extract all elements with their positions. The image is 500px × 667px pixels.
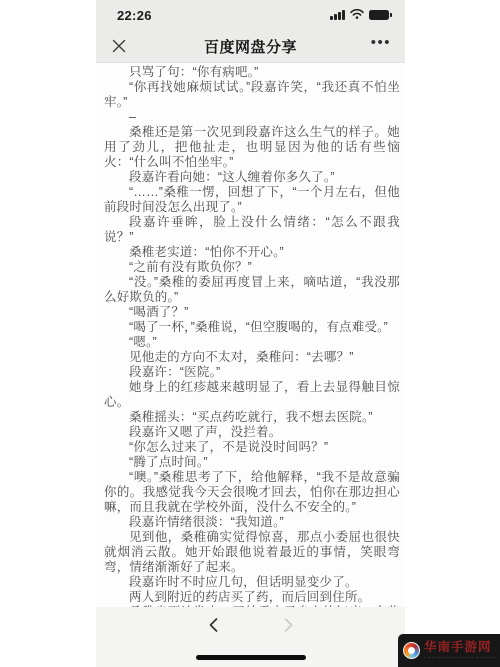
- cellular-signal-icon: [330, 10, 345, 20]
- paragraph: “你再找她麻烦试试。”段嘉许笑，“我还真不怕坐牢。”: [104, 80, 400, 110]
- paragraph: 桑稚还是第一次见到段嘉许这么生气的样子。她用了劲儿，把他扯走，也明显因为他的话有…: [104, 125, 400, 170]
- paragraph: 桑稚老实道：“怕你不开心。”: [104, 245, 400, 260]
- site-url-text: ·····························: [424, 656, 497, 660]
- paragraph: 段嘉许又嗯了声，没拦着。: [104, 425, 400, 440]
- paragraph: 段嘉许看向她：“这人缠着你多久了。”: [104, 170, 400, 185]
- site-name: 华南手游网: [424, 641, 497, 654]
- paragraph: 两人到附近的药店买了药，而后回到住所。: [104, 590, 400, 605]
- watermark-text: 华南手游网 ·····························: [424, 641, 497, 660]
- paragraph: “喝了一杯，”桑稚说，“但空腹喝的，有点难受。”: [104, 320, 400, 335]
- site-logo-icon: [403, 642, 420, 659]
- paragraph: 段嘉许：“医院。”: [104, 365, 400, 380]
- wifi-icon: [350, 6, 364, 24]
- document-page[interactable]: 只骂了句：“你有病吧。”“你再找她麻烦试试。”段嘉许笑，“我还真不怕坐牢。”–桑…: [96, 63, 405, 607]
- paragraph: 段嘉许垂眸，脸上没什么情绪：“怎么不跟我说？”: [104, 215, 400, 245]
- previous-page-icon[interactable]: [206, 617, 222, 633]
- close-icon[interactable]: [111, 38, 127, 54]
- nav-bar: 百度网盘分享 •••: [96, 30, 405, 63]
- paragraph: 她身上的红疹越来越明显了，看上去显得触目惊心。: [104, 380, 400, 410]
- paragraph: 段嘉许时不时应几句，但话明显变少了。: [104, 575, 400, 590]
- home-indicator[interactable]: [196, 655, 306, 660]
- paragraph: –: [104, 110, 400, 125]
- battery-icon: [369, 10, 392, 20]
- paragraph: “之前有没有欺负你？”: [104, 260, 400, 275]
- paragraph: 见他走的方向不太对，桑稚问：“去哪？”: [104, 350, 400, 365]
- paragraph: 桑稚摇头：“买点药吃就行，我不想去医院。”: [104, 410, 400, 425]
- page-navigation: [96, 607, 405, 633]
- paragraph: “……”桑稚一愣，回想了下，“一个月左右，但他前段时间没怎么出现了。”: [104, 185, 400, 215]
- paragraph: 只骂了句：“你有病吧。”: [104, 65, 400, 80]
- status-icons: [330, 6, 392, 24]
- paragraph: “你怎么过来了，不是说没时间吗？”: [104, 440, 400, 455]
- more-menu-icon[interactable]: •••: [371, 39, 391, 53]
- paragraph: “喝酒了？”: [104, 305, 400, 320]
- paragraph: “没。”桑稚的委屈再度冒上来，嘀咕道，“我没那么好欺负的。”: [104, 275, 400, 305]
- bottom-bar: [96, 607, 405, 667]
- site-watermark: 华南手游网 ·····························: [398, 634, 500, 667]
- phone-screenshot: 22:26 百度网盘分享 ••• 只骂了句：“你有病吧。”“你再找她麻烦试试。”…: [96, 0, 405, 667]
- paragraph: 段嘉许情绪很淡：“我知道。”: [104, 515, 400, 530]
- page-title: 百度网盘分享: [96, 36, 405, 57]
- clock-time: 22:26: [117, 8, 152, 23]
- status-bar: 22:26: [96, 0, 405, 30]
- paragraph: “噢。”桑稚思考了下，给他解释，“我不是故意骗你的。我感觉我今天会很晚才回去，怕…: [104, 470, 400, 515]
- paragraph: “嗯。”: [104, 335, 400, 350]
- next-page-icon[interactable]: [280, 617, 296, 633]
- paragraph: 见到他，桑稚确实觉得惊喜，那点小委屈也很快就烟消云散。她开始跟他说着最近的事情，…: [104, 530, 400, 575]
- paragraph: “腾了点时间。”: [104, 455, 400, 470]
